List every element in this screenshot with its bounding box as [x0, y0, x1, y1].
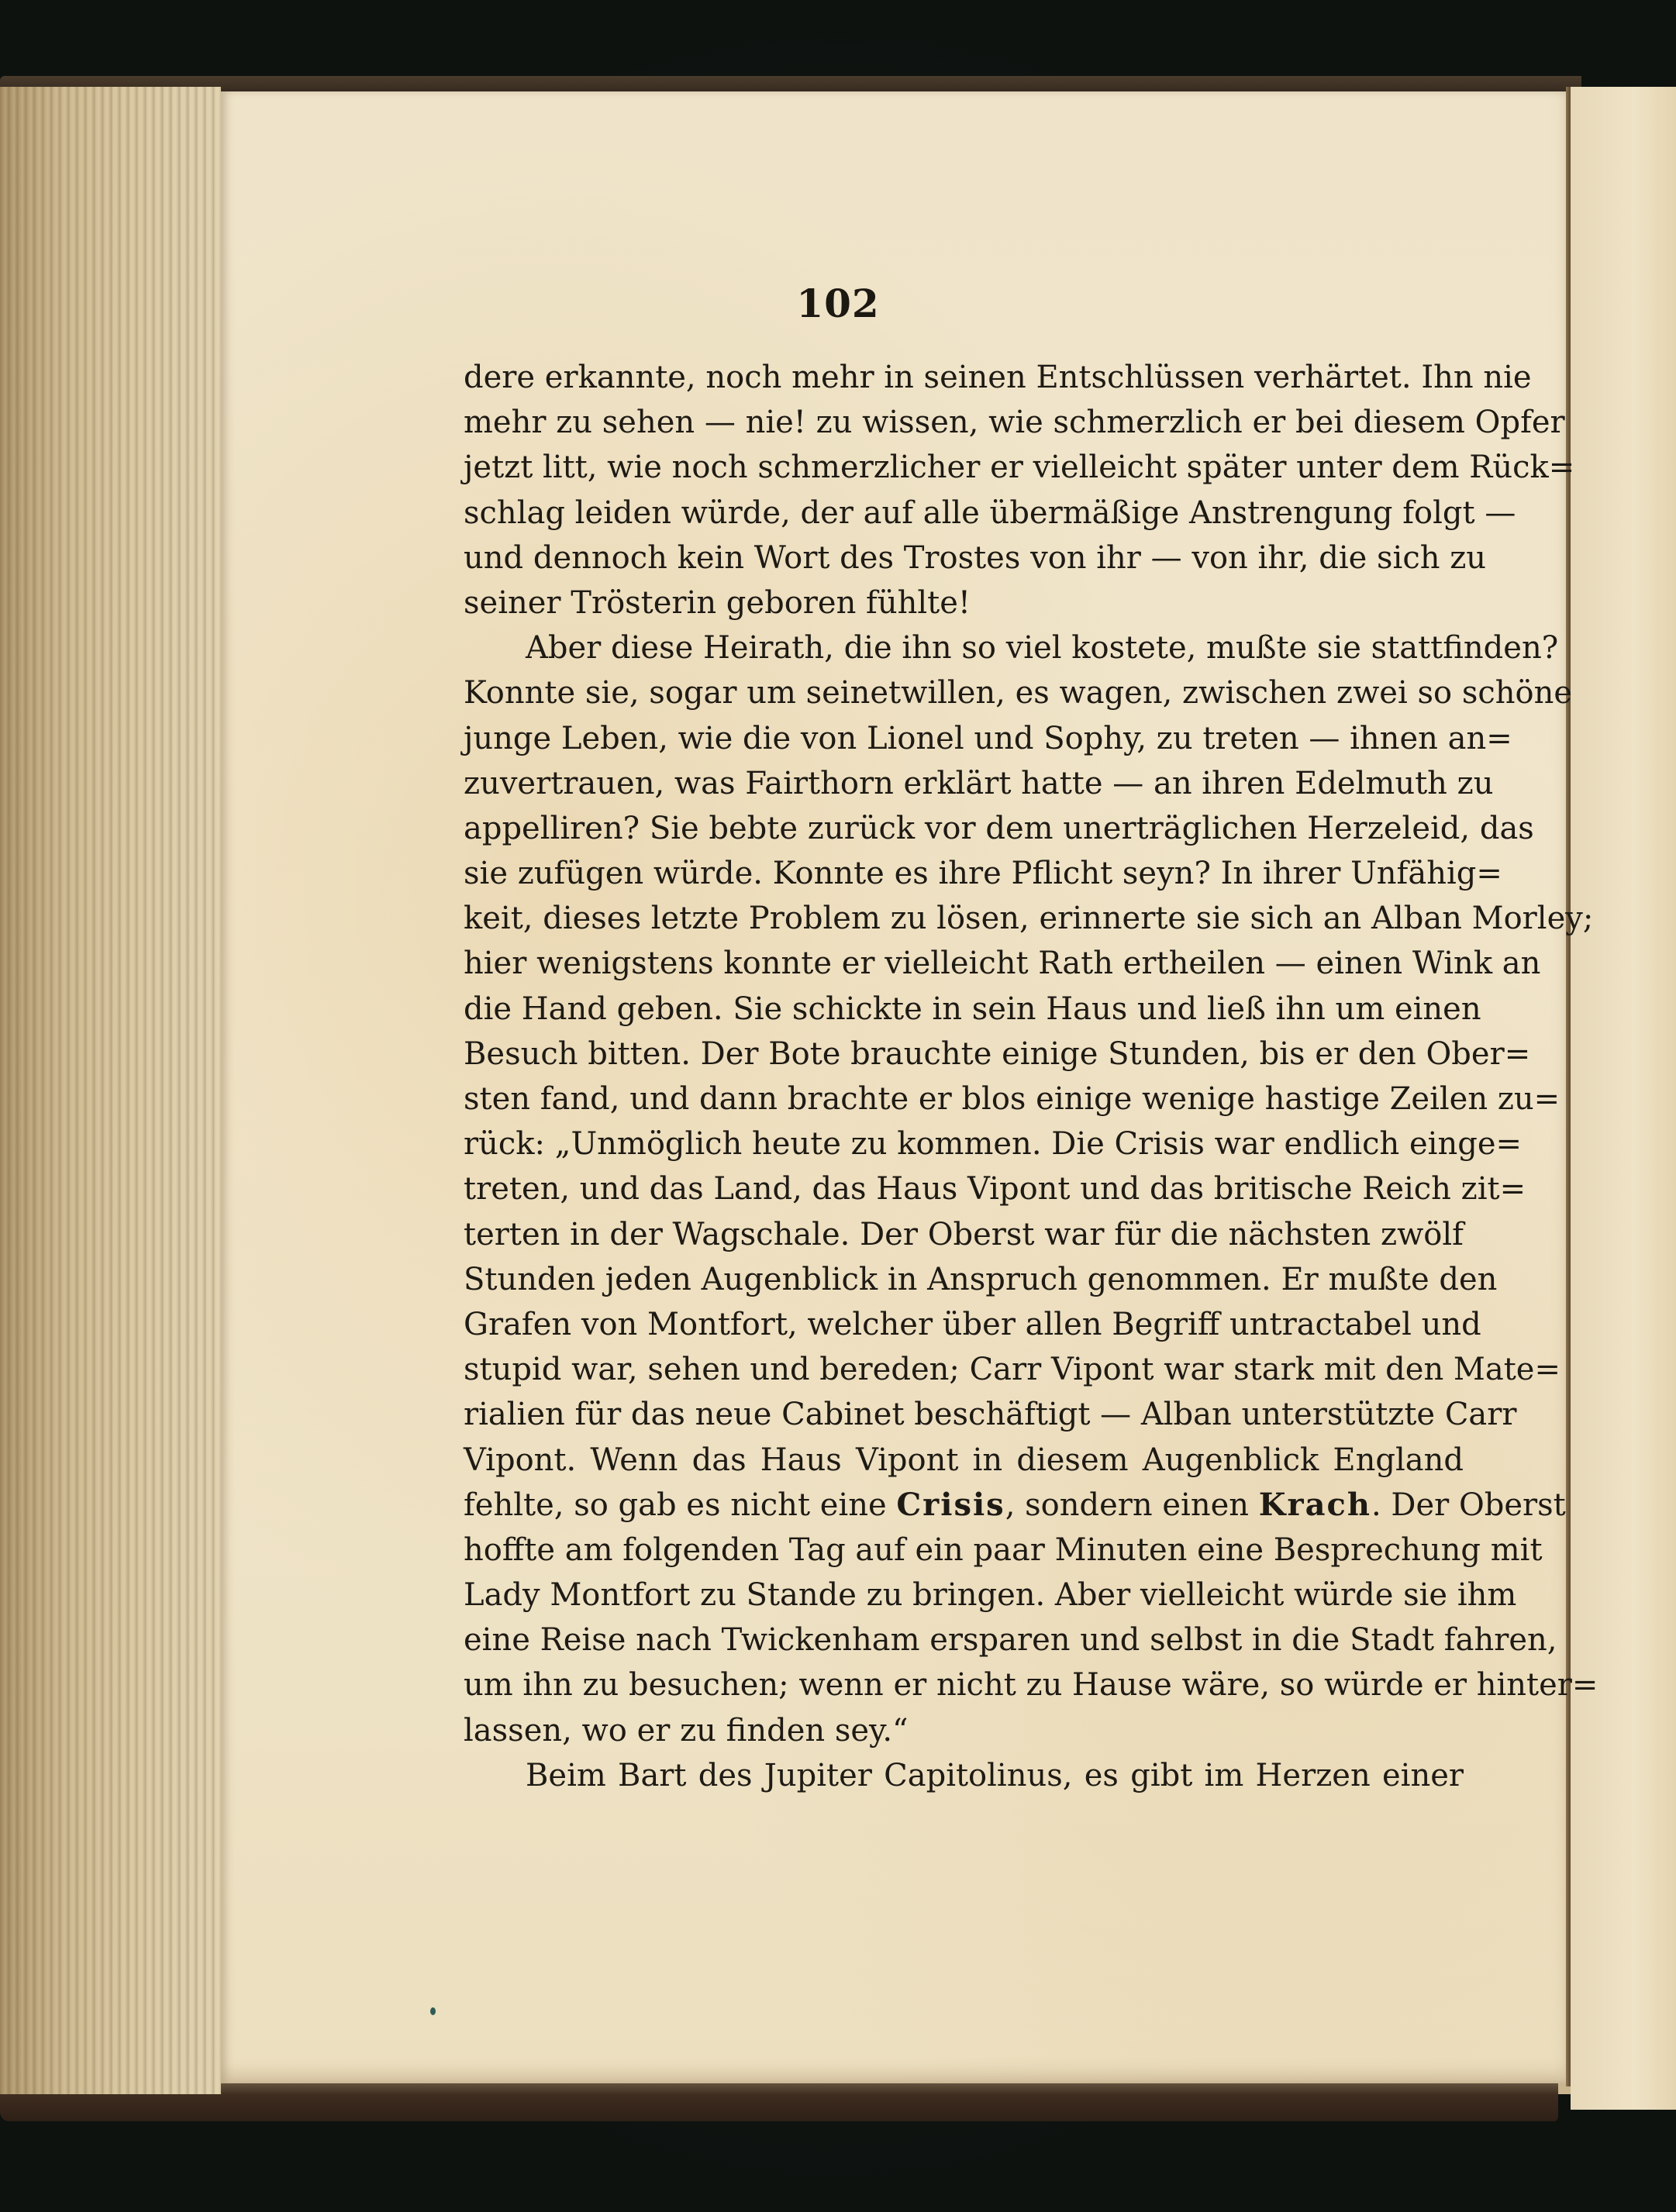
text-line: terten in der Wagschale. Der Oberst war …: [464, 1212, 1464, 1257]
text-segment: . Der Oberst: [1371, 1487, 1566, 1523]
text-line: Konnte sie, sogar um seinetwillen, es wa…: [464, 670, 1464, 715]
text-line: hier wenigstens konnte er vielleicht Rat…: [464, 941, 1464, 986]
text-line: zuvertrauen, was Fairthorn erklärt hatte…: [464, 761, 1464, 806]
text-line: und dennoch kein Wort des Trostes von ih…: [464, 536, 1464, 581]
text-line: mehr zu sehen — nie! zu wissen, wie schm…: [464, 400, 1464, 445]
text-line: Lady Montfort zu Stande zu bringen. Aber…: [464, 1573, 1464, 1618]
text-line: keit, dieses letzte Problem zu lösen, er…: [464, 896, 1464, 941]
page-stack-edges: [0, 87, 221, 2094]
text-segment: fehlte, so gab es nicht eine: [464, 1487, 896, 1523]
text-line: Besuch bitten. Der Bote brauchte einige …: [464, 1032, 1464, 1077]
ink-speck: [430, 2007, 436, 2015]
text-line: eine Reise nach Twickenham ersparen und …: [464, 1618, 1464, 1662]
text-line: um ihn zu besuchen; wenn er nicht zu Hau…: [464, 1662, 1464, 1707]
text-line: stupid war, sehen und bereden; Carr Vipo…: [464, 1347, 1464, 1392]
text-line: treten, und das Land, das Haus Vipont un…: [464, 1166, 1464, 1211]
text-line: dere erkannte, noch mehr in seinen Entsc…: [464, 355, 1464, 400]
text-line: Aber diese Heirath, die ihn so viel kost…: [464, 625, 1464, 670]
text-line: sten fand, und dann brachte er blos eini…: [464, 1077, 1464, 1122]
text-line: jetzt litt, wie noch schmerzlicher er vi…: [464, 445, 1464, 490]
text-segment: , sondern einen: [1005, 1487, 1259, 1523]
text-line: rück: „Unmöglich heute zu kommen. Die Cr…: [464, 1122, 1464, 1166]
text-line: die Hand geben. Sie schickte in sein Hau…: [464, 987, 1464, 1032]
body-text: dere erkannte, noch mehr in seinen Entsc…: [464, 355, 1464, 1798]
book-cover-bottom-edge: [0, 2081, 1558, 2121]
text-line: lassen, wo er zu finden sey.“: [464, 1708, 1464, 1753]
text-line: Grafen von Montfort, welcher über allen …: [464, 1302, 1464, 1347]
text-line-emphasis: fehlte, so gab es nicht eine Crisis, son…: [464, 1483, 1464, 1528]
text-line: Beim Bart des Jupiter Capitolinus, es gi…: [464, 1753, 1464, 1798]
text-line: sie zufügen würde. Konnte es ihre Pflich…: [464, 851, 1464, 896]
text-line: Vipont. Wenn das Haus Vipont in diesem A…: [464, 1438, 1464, 1483]
text-line: seiner Trösterin geboren fühlte!: [464, 581, 1464, 625]
book-gutter: [1566, 87, 1571, 2086]
emphasis-krach: Krach: [1259, 1487, 1371, 1523]
text-line: junge Leben, wie die von Lionel und Soph…: [464, 716, 1464, 761]
text-line: schlag leiden würde, der auf alle übermä…: [464, 491, 1464, 536]
text-line: rialien für das neue Cabinet beschäftigt…: [464, 1392, 1464, 1437]
emphasis-crisis: Crisis: [896, 1487, 1005, 1523]
text-line: appelliren? Sie bebte zurück vor dem une…: [464, 806, 1464, 851]
text-line: hoffte am folgenden Tag auf ein paar Min…: [464, 1528, 1464, 1573]
page-number: 102: [0, 281, 1676, 326]
text-line: Stunden jeden Augenblick in Anspruch gen…: [464, 1257, 1464, 1302]
facing-page-edge: [1571, 87, 1676, 2110]
